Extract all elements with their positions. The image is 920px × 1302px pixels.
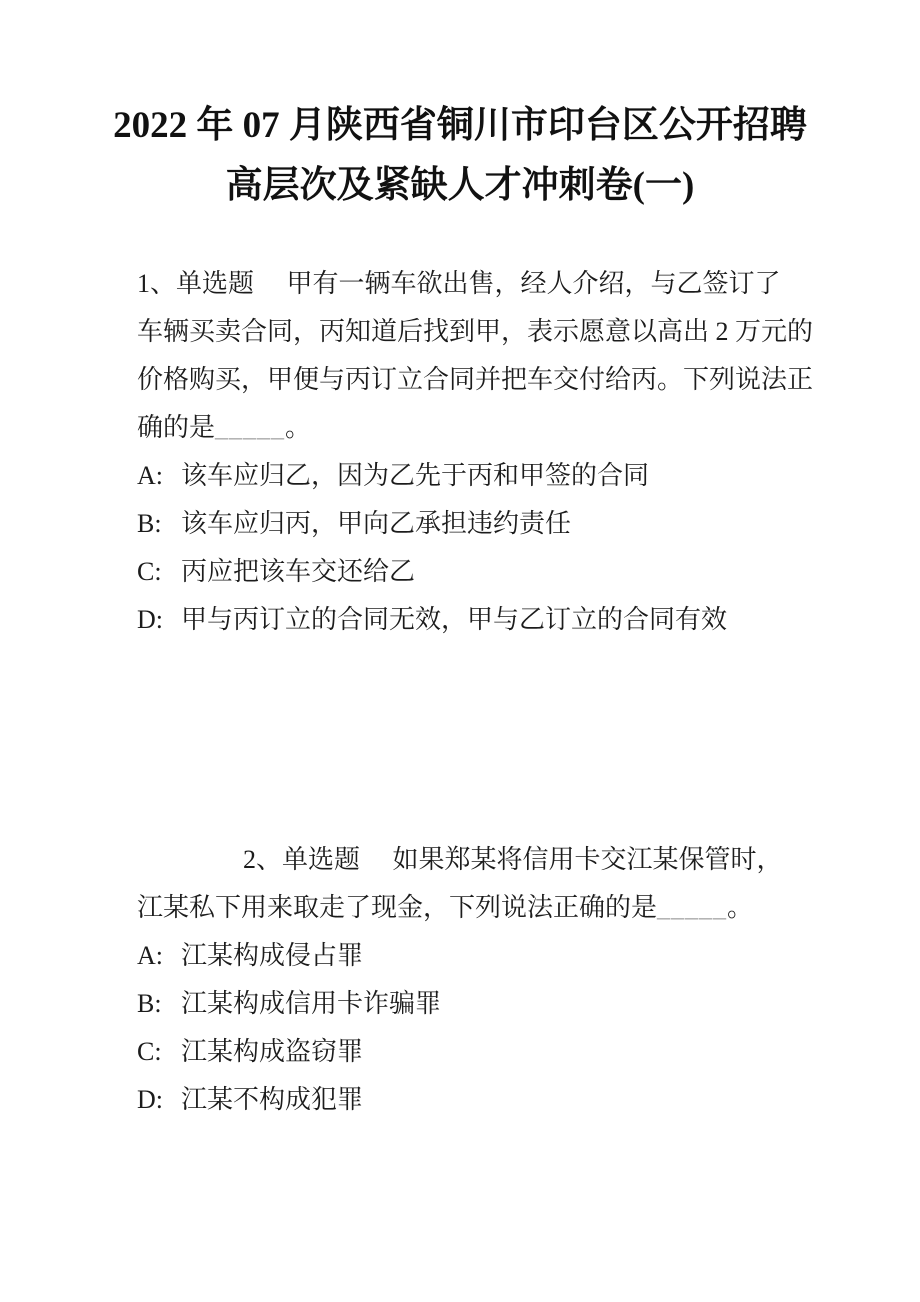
q2-option-b-label: B: <box>137 980 181 1028</box>
q2-option-d: D:江某不构成犯罪 <box>137 1076 810 1124</box>
document-body: 1、单选题 甲有一辆车欲出售，经人介绍，与乙签订了 车辆买卖合同，丙知道后找到甲… <box>137 260 810 1124</box>
q1-option-d-text: 甲与丙订立的合同无效，甲与乙订立的合同有效 <box>181 605 727 634</box>
q2-option-d-label: D: <box>137 1076 181 1124</box>
q1-option-c-text: 丙应把该车交还给乙 <box>181 557 415 586</box>
q2-option-c-text: 江某构成盗窃罪 <box>181 1037 363 1066</box>
q1-stem-line-3: 价格购买，甲便与丙订立合同并把车交付给丙。下列说法正 <box>137 356 810 404</box>
q2-option-a-label: A: <box>137 932 181 980</box>
q1-stem-line-2: 车辆买卖合同，丙知道后找到甲，表示愿意以高出 2 万元的 <box>137 308 810 356</box>
q2-stem-line-2: 江某私下用来取走了现金，下列说法正确的是_____。 <box>137 884 810 932</box>
q1-option-d-label: D: <box>137 596 181 644</box>
title-line-2: 高层次及紧缺人才冲刺卷(一) <box>0 156 920 216</box>
q1-option-d: D:甲与丙订立的合同无效，甲与乙订立的合同有效 <box>137 596 810 644</box>
q1-blank-suffix: 。 <box>285 413 311 442</box>
q2-option-d-text: 江某不构成犯罪 <box>181 1085 363 1114</box>
q2-option-a: A:江某构成侵占罪 <box>137 932 810 980</box>
q2-option-a-text: 江某构成侵占罪 <box>181 941 363 970</box>
q1-option-a-text: 该车应归乙，因为乙先于丙和甲签的合同 <box>181 461 649 490</box>
document-page: 2022 年 07 月陕西省铜川市印台区公开招聘 高层次及紧缺人才冲刺卷(一) … <box>0 0 920 1302</box>
q1-blank-prefix: 确的是 <box>137 413 215 442</box>
q1-answer-blank: _____ <box>215 413 285 442</box>
q1-stem-line-4: 确的是_____。 <box>137 404 810 452</box>
q2-blank-prefix: 江某私下用来取走了现金，下列说法正确的是 <box>137 893 657 922</box>
q1-option-a-label: A: <box>137 452 181 500</box>
q1-option-c: C:丙应把该车交还给乙 <box>137 548 810 596</box>
q2-option-b: B:江某构成信用卡诈骗罪 <box>137 980 810 1028</box>
q1-option-b-text: 该车应归丙，甲向乙承担违约责任 <box>181 509 571 538</box>
q2-option-b-text: 江某构成信用卡诈骗罪 <box>181 989 441 1018</box>
q2-option-c-label: C: <box>137 1028 181 1076</box>
q2-stem-line-1: 2、单选题 如果郑某将信用卡交江某保管时， <box>137 836 810 884</box>
q1-stem-line-1: 1、单选题 甲有一辆车欲出售，经人介绍，与乙签订了 <box>137 260 810 308</box>
q2-option-c: C:江某构成盗窃罪 <box>137 1028 810 1076</box>
q1-option-b-label: B: <box>137 500 181 548</box>
title-line-1: 2022 年 07 月陕西省铜川市印台区公开招聘 <box>0 96 920 156</box>
q2-answer-blank: _____ <box>657 893 727 922</box>
q1-option-c-label: C: <box>137 548 181 596</box>
blank-lines-spacer <box>137 644 810 836</box>
page-title: 2022 年 07 月陕西省铜川市印台区公开招聘 高层次及紧缺人才冲刺卷(一) <box>0 0 920 216</box>
q1-option-b: B:该车应归丙，甲向乙承担违约责任 <box>137 500 810 548</box>
q2-blank-suffix: 。 <box>727 893 753 922</box>
q1-option-a: A:该车应归乙，因为乙先于丙和甲签的合同 <box>137 452 810 500</box>
